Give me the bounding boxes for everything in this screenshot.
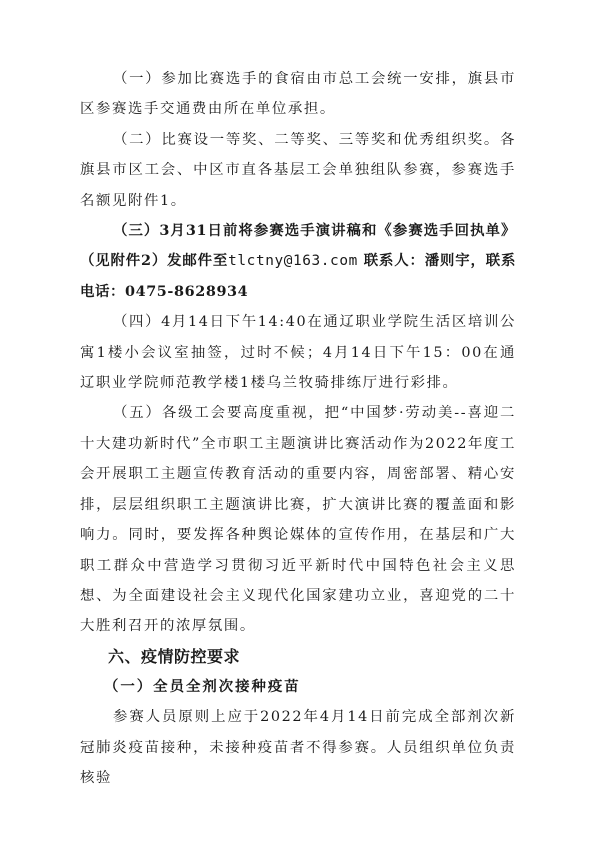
subsection-heading: （一）全员全剂次接种疫苗 [80, 672, 516, 702]
document-body: （一）参加比赛选手的食宿由市总工会统一安排，旗县市区参赛选手交通费由所在单位承担… [80, 64, 516, 793]
paragraph-promotion: （五）各级工会要高度重视，把“中国梦·劳动美--喜迎二十大建功新时代”全市职工主… [80, 398, 516, 641]
paragraph-schedule: （四）4月14日下午14:40在通辽职业学院生活区培训公寓1楼小会议室抽签，过时… [80, 307, 516, 398]
email-address: tlctny@163.com [228, 253, 358, 269]
document-page: （一）参加比赛选手的食宿由市总工会统一安排，旗县市区参赛选手交通费由所在单位承担… [0, 0, 595, 841]
paragraph-accommodation: （一）参加比赛选手的食宿由市总工会统一安排，旗县市区参赛选手交通费由所在单位承担… [80, 64, 516, 125]
paragraph-vaccination: 参赛人员原则上应于2022年4月14日前完成全部剂次新冠肺炎疫苗接种，未接种疫苗… [80, 702, 516, 793]
section-heading: 六、疫情防控要求 [80, 642, 516, 672]
paragraph-submission: （三）3月31日前将参赛选手演讲稿和《参赛选手回执单》（见附件2）发邮件至tlc… [80, 216, 516, 307]
paragraph-awards: （二）比赛设一等奖、二等奖、三等奖和优秀组织奖。各旗县市区工会、中区市直各基层工… [80, 125, 516, 216]
